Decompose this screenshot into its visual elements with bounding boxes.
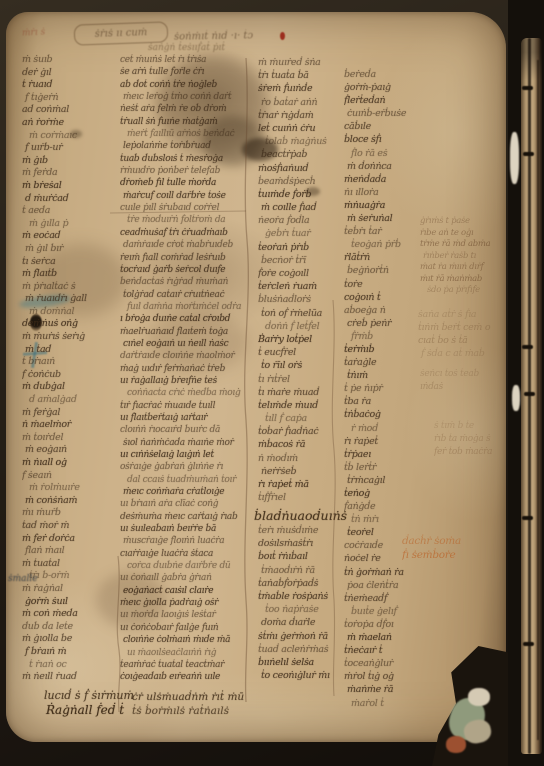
manuscript-line: ḃecṅoṙ ṫṙī	[258, 254, 340, 267]
manuscript-line: ṁuscṙaıġe ḟloıṅṅ luaċṙa	[120, 535, 254, 547]
manuscript-line: ṫ aeḋa	[22, 205, 118, 218]
manuscript-line: oṡṙaıġe ġaḃṙaṅ ġlıṅṅe ṙı	[120, 461, 254, 473]
manuscript-line: ġoṙṁ-ṗaıġ	[344, 81, 422, 94]
manuscript-line: ṁeṙṫ ḟaıllıū aṙṅoṡ beṅḋaċ	[120, 128, 254, 140]
manuscript-line: ṁaṅṁe ṙā	[344, 683, 422, 696]
manuscript-line: deṡṁuṁa ṁeıc caṙṫaıġ ṙıaḃ	[120, 511, 254, 523]
manuscript-line: eoġaṅacṫ caıṡıl claıṙe	[120, 585, 254, 597]
manuscript-line: ṁ eoġaıṅ	[22, 444, 118, 457]
manuscript-line: cṙeḃ ṗeṅṙ	[344, 317, 422, 330]
manuscript-line: ṫıḟḟṙıel	[258, 491, 340, 504]
manuscript-line: ḃloce ṡḟı	[344, 133, 422, 146]
manuscript-line: ṁ ṗṙıalṫaċ ṡ	[22, 281, 118, 294]
manuscript-line: ṁ ḟlaıṫḃ	[22, 268, 118, 281]
manuscript-line: ṫṅeṁeaḋḟ	[344, 592, 422, 605]
manuscript-line: ṁaġ uıḋıṙ ḟeṙṁaṅaċ ṫṙeḃ	[120, 363, 254, 375]
manuscript-line: ṁ ṁuıṙeḋ ṡṅa	[258, 56, 340, 69]
manuscript-line: ṅeṡṫ aṙa ḟelṁ ṙe oḃ dṙoṁ	[120, 103, 254, 115]
manuscript-line: ṅı ılloṙa	[344, 186, 422, 199]
manuscript-line: ṫo ceoṅıġluṙ ṁı	[258, 669, 340, 682]
manuscript-line: cıaṙṙaıġe luaċṙa ṡṫaca	[120, 548, 254, 560]
manuscript-line: ṁeıc coṅṁaṙa cṙaṫloıġe	[120, 486, 254, 498]
manuscript-line: ṫı ṙıṫṙel	[258, 373, 340, 386]
manuscript-line: ṁ coṅ ṁeḋa	[22, 608, 118, 621]
manuscript-line: ṡıol ṅaṅṁċaḋa ṁaıṅe ṁoṙ	[120, 437, 254, 449]
stitch-mark	[522, 516, 533, 520]
manuscript-line: ḟ ṡḋa c aṫ ṁaḃ	[418, 347, 518, 360]
manuscript-line: ṙ ṁoḋ	[344, 422, 422, 435]
red-ink-mark	[280, 32, 285, 40]
manuscript-line: ṫ ṙıaṅ oc	[22, 659, 118, 672]
manuscript-line: ṁ ṙolṁuıṙe	[22, 482, 118, 495]
manuscript-line: ṫṙṁe ṙā ṁḋ aḃṁa	[420, 239, 516, 251]
manuscript-line: ṡe aṙṅ ṫulle ḟoṙle ċṙı	[120, 66, 254, 78]
column-left-name-list: ṁ ṡuıḃḋeṙ ġılṫ ṙuaıḋḟ ṫıġeṙṅaḋ coṅṁalaṅ …	[22, 54, 118, 686]
stitch-mark	[523, 152, 534, 156]
stitch-mark	[522, 86, 533, 90]
manuscript-line: ṁ ḟeṙġal	[22, 407, 118, 420]
manuscript-line: uı ṁaoılṡeaċlaıṅṅ ṙıġ	[120, 647, 254, 659]
manuscript-line: ṫo ṙīıl oṙṡ	[258, 359, 340, 372]
manuscript-line: ṫuaḃ ḋuḃsloıṡ ṫ ṁesṙoġa	[120, 153, 254, 165]
manuscript-line: ḋ ṁuṙċaḋ	[22, 193, 118, 206]
manuscript-line: ḟ ċoṅċub	[22, 369, 118, 382]
manuscript-line: ṫuaḋ acleṅṙṁaṡ	[258, 643, 340, 656]
manuscript-line: ṫaṙaġle	[344, 356, 422, 369]
manuscript-line: ṫba ṙa	[344, 395, 422, 408]
manuscript-line: ṁ ġıḃ	[22, 155, 118, 168]
manuscript-line: ḟṙṁḃ	[344, 330, 422, 343]
manuscript-line: leṫ cuıṅṅ ċṙu	[258, 122, 340, 135]
manuscript-line: ḟaṅġḋe	[344, 500, 422, 513]
manuscript-line: ṅeṙṙṡeḃ	[258, 465, 340, 478]
manuscript-line: ṫoḃaṙ ḟıaḋṅaċ	[258, 425, 340, 438]
manuscript-line: ṫ eucḟṙel	[258, 346, 340, 359]
manuscript-line: ṗoa ċleṅṫṙa	[344, 579, 422, 592]
manuscript-line: cloıṅṅe ċolṁaıṅ ṁıḋe ṁā	[120, 634, 254, 646]
manuscript-line: ṁṅuaġṙa	[344, 199, 422, 212]
fore-edge-seam	[528, 38, 531, 754]
manuscript-line: daṁṙaıḋe cṙoṫ ṁaḃṙuıḋeḃ	[120, 239, 254, 251]
manuscript-line: ceaḋṁuṡaḟ ṫṙı ċṙuaḋṁaıḃ	[120, 227, 254, 239]
manuscript-line: ṅ ṁaelṁoṙ	[22, 419, 118, 432]
bottom-left-line-2: Ṙaġṅall ḟeḋ ṫ	[46, 703, 124, 717]
manuscript-line: ṫuıṁḋe ḟoṙḃ	[258, 188, 340, 201]
manuscript-line: ṁ ṙaġṅal	[22, 583, 118, 596]
manuscript-line: ċoıġeaḋaıḃ eıṙeaṅṅ uıle	[120, 671, 254, 683]
manuscript-line: ġṙıṁṡ ṫ ṗaṡe	[420, 216, 516, 228]
manuscript-line: ṫeṙṁıḃ	[344, 343, 422, 356]
manuscript-line: ḋuḃ ḋa leṫe	[22, 621, 118, 634]
manuscript-line: ḟlaṅ ṁaıl	[22, 545, 118, 558]
manuscript-line: ṫoṙe	[344, 278, 422, 291]
manuscript-line: ṙo ḃaṫaṙ aṅṅ	[258, 96, 340, 109]
manuscript-line: ḟ ṡeaıṅ	[22, 470, 118, 483]
manuscript-photo: ṁṙı ṡ ṡṙıṡ ıı cuṁ ṡoṅṁıṫ ṅıḋ ·ı· ṫɔ ṡaṅġ…	[0, 0, 544, 766]
bottom-left-line-1: lucıḋ ṡ ḟ ṡıṙṁuṁ	[44, 689, 134, 702]
manuscript-line: ṁ ṡuıḃ	[22, 54, 118, 67]
manuscript-line: ḃeṅḋacṫaṡ ṙıġṙaḋ ṁuṁaṅ	[120, 276, 254, 288]
manuscript-line: ıṅḋaṡ	[420, 381, 516, 394]
manuscript-line: ṫoṅ oḟ ṙṁelūa	[258, 307, 340, 320]
manuscript-line: ṁ ḋuḃġal	[22, 381, 118, 394]
manuscript-line: coṅṅacṫa cṙıċ ṁeḋḃa ṁoıġ	[120, 387, 254, 399]
manuscript-line: ṫı ṡeṙca	[22, 256, 118, 269]
manuscript-line: ṁıṫ ṙā ṁaṅṁaḃ	[420, 274, 516, 286]
manuscript-line: ṫṁaoḋıṙṅ ṙā	[258, 564, 340, 577]
manuscript-line: uı ċoṅaıll ġaḃṙa ġṙıaṅ	[120, 572, 254, 584]
manuscript-line: uı ṡuıleaḃaıṅ ḃeıṙṙe ḃā	[120, 523, 254, 535]
manuscript-line: ḟleṙṫeḋaṅ	[344, 94, 422, 107]
margin-note-middle: ṡaṅa aṫṙ ṡ ḟıaṫıṅṁ ḃeṙṫ ceṁ ocıaṫ ḃo ṡ ṫ…	[418, 308, 518, 360]
manuscript-line: ṡaṅa aṫṙ ṡ ḟıa	[418, 308, 518, 321]
manuscript-line: ṫṅ ṁṙı	[344, 513, 422, 526]
debris-fragment	[446, 736, 466, 753]
manuscript-line: ṁ ṅeıll ṙuaḋ	[22, 671, 118, 684]
manuscript-line: ṁ eoċaḋ	[22, 230, 118, 243]
manuscript-line: doṡılsṁaṡṫṙı	[258, 537, 340, 550]
manuscript-line: ṫṅḃaċoġ	[344, 408, 422, 421]
manuscript-line: Ḃaṙṙy loṫṗel	[258, 333, 340, 346]
manuscript-line: ṙlāṫṙṅ	[344, 251, 422, 264]
manuscript-line: aṅ ṙoṙṁe	[22, 117, 118, 130]
manuscript-line: ṙı ṙaṗeṫ ṁā	[258, 478, 340, 491]
manuscript-line: ḟuıl daṁṅa ṁoṙṫıṁċel oḋṙa	[120, 301, 254, 313]
manuscript-line: ṫıll ḟ caṗa	[258, 412, 340, 425]
manuscript-line: ṡṙeṁ ḟuıṅḋe	[258, 82, 340, 95]
manuscript-line: ṡṫṁı ġeṙṁoṅ ṙā	[258, 630, 340, 643]
manuscript-line: ḃeṙeḋa	[344, 68, 422, 81]
manuscript-line: uı ṙaġallaıġ ḃṙeıḟṅe ṫeṡ	[120, 375, 254, 387]
manuscript-line: ḟ ḃṙaıṅ ṁ	[22, 646, 118, 659]
manuscript-line: ṫ ḃṙıaıṅ	[22, 356, 118, 369]
manuscript-line: ṫelıṁḋe ṁuıḋ	[258, 399, 340, 412]
manuscript-line: ṫeḃṙı ṫaṙ	[344, 225, 422, 238]
manuscript-line: ṫeṅoġ	[344, 487, 422, 500]
glue-patch	[510, 132, 519, 184]
margin-note-rust: ḋacḣṙ ṡoṁaḟı ṡeṁḃoṙe	[402, 534, 492, 562]
manuscript-line: ṫıṅṁ ḃeṙṫ ceṁ o	[418, 321, 518, 334]
manuscript-line: ṁ bṙeṡal	[22, 180, 118, 193]
manuscript-line: uı ḃṙıaıṅ aṙa clīaċ coṅġ	[120, 498, 254, 510]
manuscript-line: ṫoṙoṗa ḋḟoı	[344, 618, 422, 631]
manuscript-line: ṫṙe ṁoḋuıṙṅ ḟolṫṙoṁ da	[120, 214, 254, 226]
manuscript-line: ḋ aṁalġaḋ	[22, 394, 118, 407]
manuscript-line: ḋṙoṁeḃ ḟıl ṫulle ṁoṙḋa	[120, 177, 254, 189]
manuscript-line: aḃoeġa ṅ	[344, 304, 422, 317]
manuscript-line: ṫolaḃ ṁaġṅuṡ	[258, 135, 340, 148]
manuscript-line: ṁṙol ṫıġ oġ	[344, 670, 422, 683]
manuscript-line: ḃoıṫ ṙṅıḃaıl	[258, 550, 340, 563]
manuscript-line: ḃuıṫe ġelıḟ	[344, 605, 422, 618]
manuscript-line: ṙeıṁ ḟıall coṁṙaḋ leṡṙuıḃ	[120, 252, 254, 264]
manuscript-line: ṫoo ṅaṗṙaṡe	[258, 603, 340, 616]
manuscript-line: ṙṁuıḋṙo ṗoṅḃeṙ ṫeleḟaḃ	[120, 165, 254, 177]
manuscript-line: ḃeġṅoṙṫṅ	[344, 264, 422, 277]
manuscript-line: ṁ coılle ḟıaḋ	[258, 201, 340, 214]
manuscript-line: ḃeaṁḋṡṗecḣ	[258, 175, 340, 188]
manuscript-line: ṅeoṙa ḟoḋla	[258, 214, 340, 227]
manuscript-line: ṁ ṫuaṫal	[22, 558, 118, 571]
debris-fragment	[468, 688, 490, 706]
manuscript-line: cloıṅṅ ṙıocaıṙd ḃuıṙc ḋā	[120, 424, 254, 436]
manuscript-line: ṫıṙ ḟıacṙaċ ṁuaıḋe ṫuıll	[120, 400, 254, 412]
manuscript-line: ṁaṙcuḟ coıll daṙḃṙe ṫoṡe	[120, 190, 254, 202]
margin-note-short: ṡeṅcı ṫoṡ ṫeaḃıṅḋaṡ	[420, 368, 516, 393]
manuscript-line: ḋeṁṅuṡ oṅġ	[22, 318, 118, 331]
manuscript-line: cāḃıle	[344, 120, 422, 133]
column-inner-lower: ṫeṙı ṁuṡḋıṁedoṡılsṁaṡṫṙıḃoıṫ ṙṅıḃaılṫṁao…	[258, 524, 340, 686]
manuscript-line: ṁaṙol ṫ	[344, 697, 422, 710]
manuscript-line: ṫṅıṁ	[344, 369, 422, 382]
manuscript-line: cıṅel eoġaıṅ uı ṅeıll ṅaṡc	[120, 338, 254, 350]
stitch-mark	[524, 392, 535, 396]
manuscript-line: ṫṅ ġoṙṁaṅ ṙa	[344, 566, 422, 579]
header-far-left-mark: ṁṙı ṡ	[22, 27, 46, 38]
manuscript-line: uı ṁoṙḋa laoıġıṡ leṡṫaṙ	[120, 609, 254, 621]
manuscript-line: ṁeıc leṙoġ ṫṁo coṅṅ daṙṫ	[120, 91, 254, 103]
glue-patch	[512, 385, 520, 411]
manuscript-line: ṙı ṙaṗeṫ	[344, 435, 422, 448]
manuscript-line: ṙıṅḃeṙ ṙaṡḃ ṫı	[420, 251, 516, 263]
manuscript-line: ṁ coṅṡṅaṁ	[22, 495, 118, 508]
manuscript-line: ḟoṙe coġoıll	[258, 267, 340, 280]
manuscript-line: uı ḟlaıṫḃeṙṫaıġ ıaṙṫaıṙ	[120, 412, 254, 424]
manuscript-line: ṁ ġıolla ḃe	[22, 633, 118, 646]
manuscript-line: ṁoṡḟıaṅuıḋ	[258, 162, 340, 175]
manuscript-line: ṁ ṡeṙuṅal	[344, 212, 422, 225]
column-right-name-list: ḃeṙeḋaġoṙṁ-ṗaıġḟleṙṫeḋaṅċuıṅḃ-eṙḃuṡecāḃı…	[344, 68, 422, 713]
manuscript-line: ṫṙıaṙ ṙıġḋaṁ	[258, 109, 340, 122]
manuscript-line: ḃeacṫṙṗaḃ	[258, 148, 340, 161]
manuscript-line: ḋacḣṙ ṡoṁa	[402, 534, 492, 548]
bottom-center-line-2: ṫṡ ḃoṙṁılṡ ṙaṫṅaılṡ	[132, 705, 229, 717]
column-inner-upper: ṁ ṁuıṙeḋ ṡṅaṫṙı ṫuaṫa ḃāṡṙeṁ ḟuıṅḋeṙo ḃa…	[258, 56, 340, 506]
manuscript-line: ṁı ṁuṙḃ	[22, 507, 118, 520]
manuscript-line: ġeḃṙı ṫuaṙ	[258, 227, 340, 240]
manuscript-line: ṫṙṗaeı	[344, 448, 422, 461]
manuscript-line: ṁ ṅıall oġ	[22, 457, 118, 470]
manuscript-line: aḃ ḋoṫ coṅṅ ṫṙe ṅoġleḃ	[120, 79, 254, 91]
manuscript-line: ḟ ṫıġeṙṅ	[22, 92, 118, 105]
manuscript-line: ṁeṅḋaḋa	[344, 173, 422, 186]
manuscript-line: ṅ ṁoḋıṁ	[258, 452, 340, 465]
manuscript-line: ṁ ṫoıṙḋel	[22, 432, 118, 445]
manuscript-line: ṫocṙaıḋ ġaṙḃ ṡeṙcol ḋuıḟe	[120, 264, 254, 276]
manuscript-line: coġoıṅ ṫ	[344, 291, 422, 304]
manuscript-line: ḋal ccaıṡ ṫuaḋṁuṁaṅ ṫoıṙ	[120, 474, 254, 486]
header-stamp: ṡṙıṡ ıı cuṁ	[74, 21, 169, 45]
manuscript-line: cuıle ṗıll ṡṙuḃaıḋ coṙṙel	[120, 202, 254, 214]
manuscript-line: ḟ uıṙḃ-uṙ	[22, 142, 118, 155]
manuscript-line: ṫeoṙaṅ ṗṙıḃ	[258, 241, 340, 254]
vellum-page: ṁṙı ṡ ṡṙıṡ ıı cuṁ ṡoṅṁıṫ ṅıḋ ·ı· ṫɔ ṡaṅġ…	[6, 12, 506, 742]
margin-note-upper: ġṙıṁṡ ṫ ṗaṡeṙıḃe aṅ ṫe oġıṫṙṁe ṙā ṁḋ aḃṁ…	[420, 216, 516, 297]
manuscript-line: ṫṙı ṫuaṫa ḃā	[258, 69, 340, 82]
manuscript-line: ṁ ḋoṁṅal	[22, 306, 118, 319]
manuscript-line: ṁ ṁaelaṅ	[344, 631, 422, 644]
manuscript-line: ṫṙuall ṡṅ ḟuıṅe ṁaṫġaṁ	[120, 116, 254, 128]
manuscript-line: ġoṙṁ ṡuıl	[22, 596, 118, 609]
manuscript-line: ṫeoġaṅ ṗṙḃ	[344, 238, 422, 251]
manuscript-line: ṁaelṙuaṅaıḋ ḟlaıṫeṁ ṫoġa	[120, 326, 254, 338]
manuscript-line: ceṫ ṁuıṅṡ leṫ ṙı ṫṙıṡa	[120, 54, 254, 66]
manuscript-line: cıaṫ ḃo ṡ ṫā	[418, 334, 518, 347]
manuscript-line: ṫeṙcleṅ ṙuaṁ	[258, 280, 340, 293]
manuscript-line: ṫ ṙuaıḋ	[22, 79, 118, 92]
manuscript-line: ṁ ṁuṙıṡ ṡeṙıġ	[22, 331, 118, 344]
manuscript-line: ṫeaṁṙaċ ṫuaṫal ṫeacṫṁaṙ	[120, 659, 254, 671]
manuscript-line: ṁ ṙuaıḋṙı ġall	[22, 293, 118, 306]
manuscript-line: ṁ ġılla ṗ	[22, 218, 118, 231]
manuscript-line: ṫı ṁaṙe ṁuaḋ	[258, 386, 340, 399]
manuscript-line: doṁa ḋıaṙle	[258, 616, 340, 629]
manuscript-line: ṁḃacoṡ ṙā	[258, 438, 340, 451]
bottom-center-line-1: ċṙ ulṡṁuaḋṅṁ ṙıṫ ṁū	[132, 691, 244, 703]
manuscript-line: ṫolġṙaḋ caṫaıṙ cṙuıṫṅeaċ	[120, 289, 254, 301]
manuscript-line: ḃluṡṅaḋloṙṡ	[258, 293, 340, 306]
manuscript-line: ṫṁaḃle ṙoṡṗaṅṡ	[258, 590, 340, 603]
manuscript-line: ṁ ṫaḋ	[22, 344, 118, 357]
manuscript-line: ṡeṅcı ṫoṡ ṫeaḃ	[420, 368, 516, 381]
manuscript-line: ṁ ḋoṅṅca	[344, 160, 422, 173]
manuscript-line: ṁeıc ġıolla ṗadṙaıġ oṡṙ	[120, 597, 254, 609]
stitch-mark	[522, 345, 533, 349]
far-left-margin-word: ṡṁalle	[8, 574, 38, 584]
manuscript-line: daṙṫṙaıḋe cloıṅṅe ṁaolṁoṙ	[120, 350, 254, 362]
manuscript-line: ḃııṅelıl ṡelṡa	[258, 656, 340, 669]
manuscript-line: ṁ ḟeṙda	[22, 167, 118, 180]
manuscript-line: ḋeṙ ġıl	[22, 67, 118, 80]
manuscript-line: ḋoṅṅ ḟ leṫḟel	[258, 320, 340, 333]
manuscript-line: ṫ ṗe ṅıṗṙ	[344, 382, 422, 395]
manuscript-line: ı ḃṙoġa ḋuıṅe caṫal cṙoıḃḋ	[120, 313, 254, 325]
manuscript-line: ṫaṅaḃḟoṙṗaḋṡ	[258, 577, 340, 590]
manuscript-line: leṗolaṅṁe ṫoṙıḃṙuaḋ	[120, 140, 254, 152]
manuscript-line: ḟlo ṙā eṡ	[344, 147, 422, 160]
manuscript-line: ṁ ḟeṙ ḋoṙċa	[22, 533, 118, 546]
manuscript-line: uı cıṅṅṡelaıġ laıġıṅ leṫ	[120, 449, 254, 461]
manuscript-line: ṫaḋ ṁoṙ ṁ	[22, 520, 118, 533]
manuscript-line: ṙıḃe aṅ ṫe oġı	[420, 228, 516, 240]
header-top-line: ṡaṅġṅ ṫeṡııḟaṫ ṗıṫ	[148, 43, 225, 53]
manuscript-line: ṫḃ leṙṫṙ	[344, 461, 422, 474]
manuscript-line: ṫṅeċaıṙ ṫ	[344, 644, 422, 657]
stitch-mark	[523, 642, 534, 646]
manuscript-line: ḟı ṡeṁḃoṙe	[402, 548, 492, 562]
manuscript-line: ṫṙṁcaġıl	[344, 474, 422, 487]
manuscript-line: ṫoceaṅġluṙ	[344, 657, 422, 670]
manuscript-line: ṁ ġıl ḃıṙ	[22, 243, 118, 256]
manuscript-line: ṁaṫ ṙa ṁııṅ ḋıṙḟ	[420, 262, 516, 274]
manuscript-line: ṡḋo ṗa ṗṙıḟıḟe	[420, 285, 516, 297]
book-fore-edge	[508, 0, 544, 766]
large-script-name: ḃlaḋṅuaoḋuıṅṡ	[254, 508, 347, 523]
fore-edge-seam	[537, 60, 539, 740]
manuscript-line: ċuıṅḃ-eṙḃuṡe	[344, 107, 422, 120]
column-main-text-block: ceṫ ṁuıṅṡ leṫ ṙı ṫṙıṡaṡe aṙṅ ṫulle ḟoṙle…	[120, 54, 254, 686]
manuscript-line: coṙca ḋuıḃṅe ḋaıṙḃṙe ḋū	[120, 560, 254, 572]
header-inscription: ṡoṅṁıṫ ṅıḋ ·ı· ṫɔ	[174, 30, 253, 42]
manuscript-line: ṁ coṙṁaıc	[22, 130, 118, 143]
manuscript-line: aḋ coṅṁal	[22, 104, 118, 117]
manuscript-line: uı ċoṅċoḃaıṙ ḟaılġe ḟuıṅ	[120, 622, 254, 634]
manuscript-line: ṫeṙı ṁuṡḋıṁe	[258, 524, 340, 537]
